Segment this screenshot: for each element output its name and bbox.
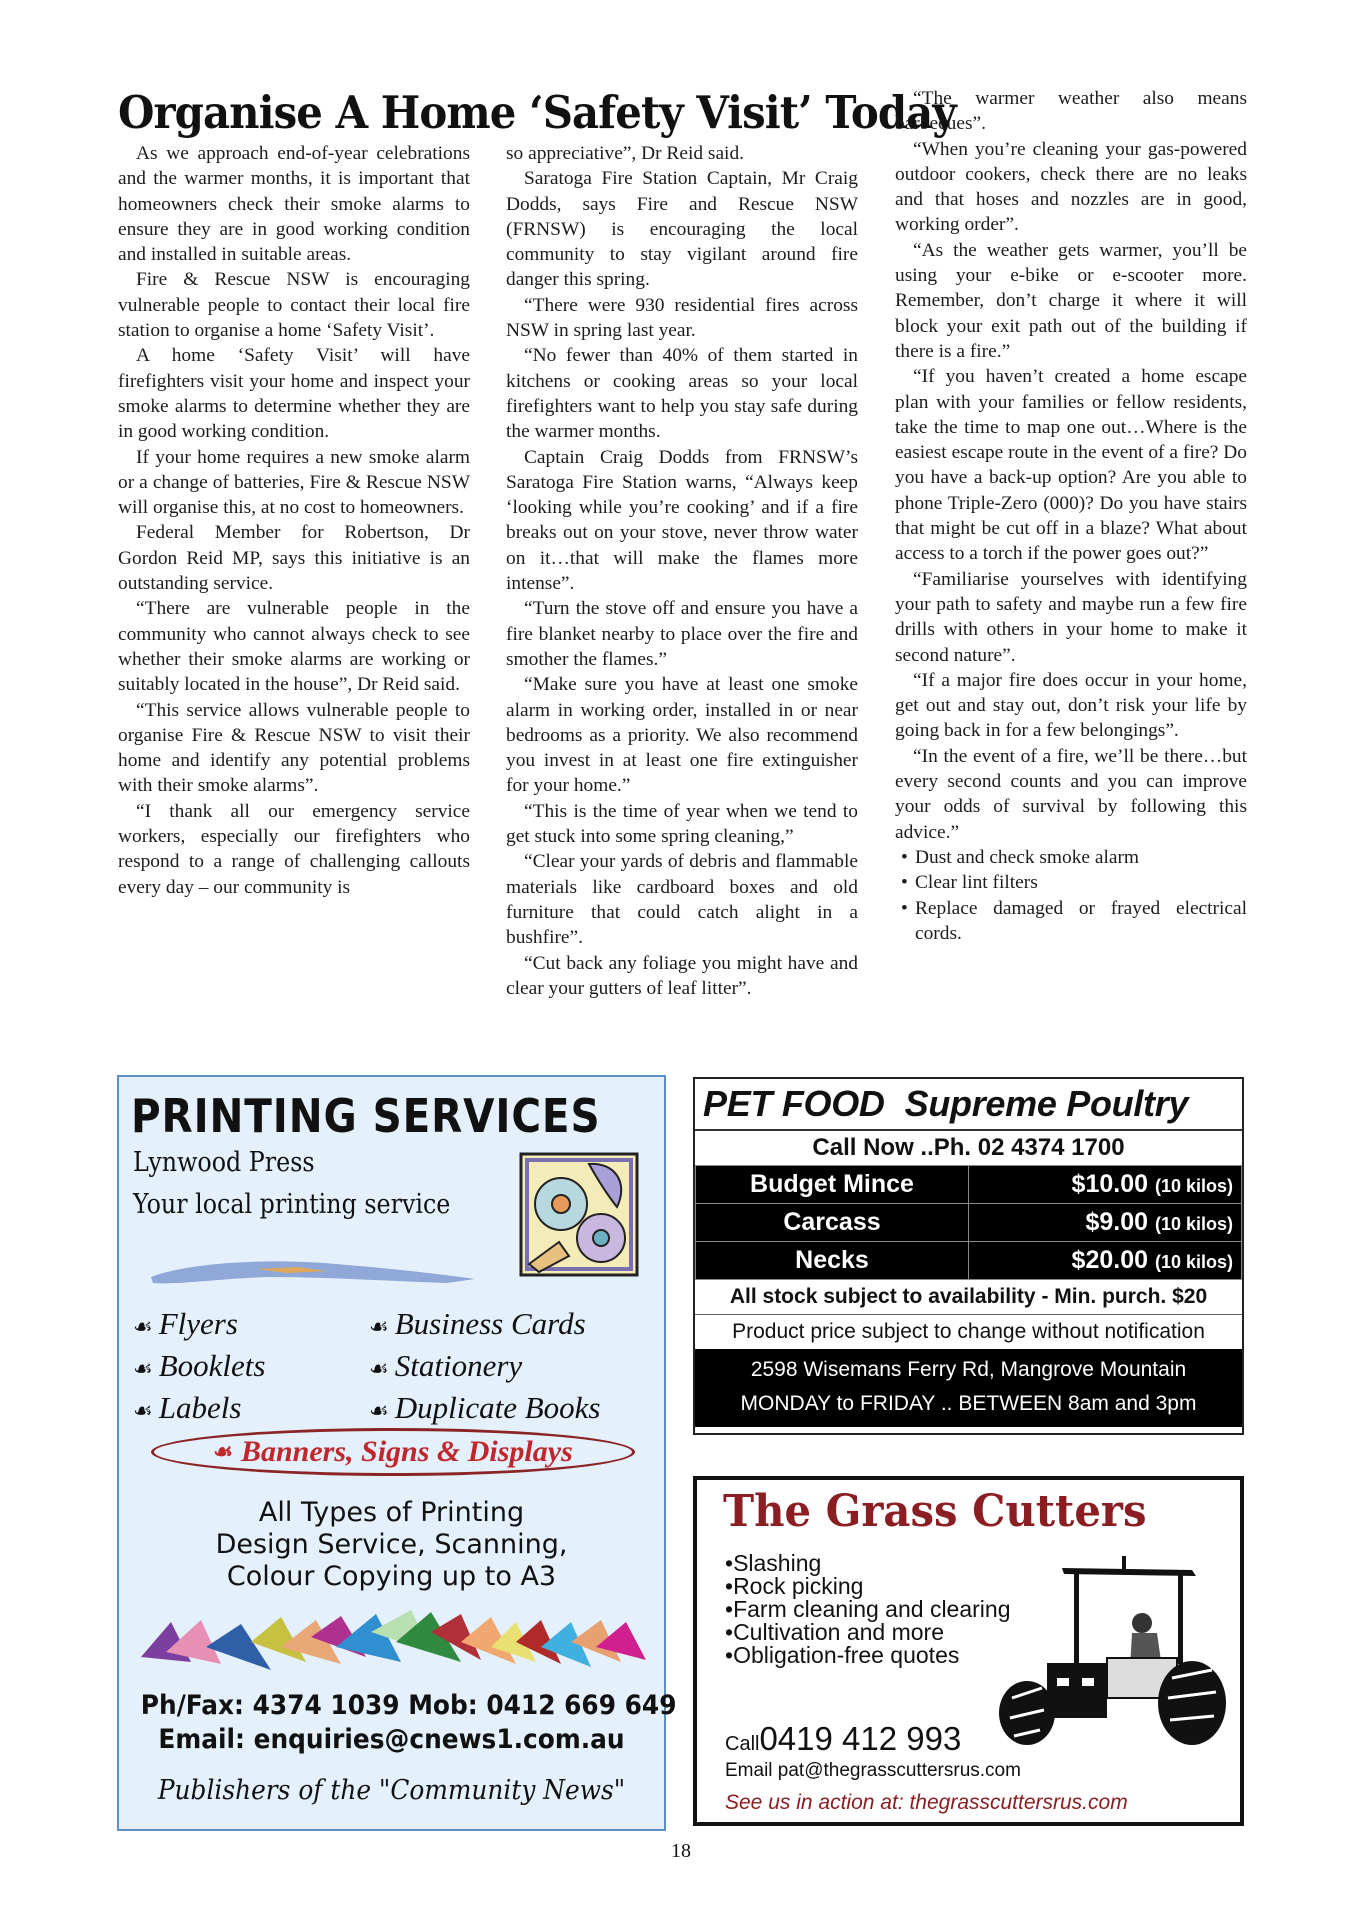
paragraph: Captain Craig Dodds from FRNSW’s Saratog… xyxy=(506,445,858,597)
paragraph: “In the event of a fire, we’ll be there…… xyxy=(895,744,1247,845)
fleuron-icon: ☙ xyxy=(133,1398,153,1423)
paragraph: “I thank all our emergency service worke… xyxy=(118,799,470,900)
service-item: ☙Stationery xyxy=(369,1347,653,1387)
service-item: ☙Flyers xyxy=(133,1305,369,1345)
paragraph: “There were 930 residential fires across… xyxy=(506,293,858,344)
paragraph: Fire & Rescue NSW is encouraging vulnera… xyxy=(118,267,470,343)
article-headline: Organise A Home ‘Safety Visit’ Today xyxy=(118,84,806,142)
list-item: Rock picking xyxy=(725,1575,1011,1598)
service-item: ☙Business Cards xyxy=(369,1305,653,1345)
services-list: ☙Flyers ☙Business Cards ☙Booklets ☙Stati… xyxy=(133,1305,653,1429)
paragraph: “This is the time of year when we tend t… xyxy=(506,799,858,850)
paragraph: As we approach end-of-year celebrations … xyxy=(118,141,470,267)
email-line: Email pat@thegrasscuttersrus.com xyxy=(725,1760,1021,1782)
fleuron-icon: ☙ xyxy=(369,1398,389,1423)
list-item: Slashing xyxy=(725,1552,1011,1575)
list-item: Dust and check smoke alarm xyxy=(895,845,1247,870)
printing-types: All Types of Printing Design Service, Sc… xyxy=(119,1497,664,1593)
fleuron-icon: ☙ xyxy=(369,1356,389,1381)
fleuron-icon: ☙ xyxy=(369,1314,389,1339)
paragraph: If your home requires a new smoke alarm … xyxy=(118,445,470,521)
services-list: Slashing Rock picking Farm cleaning and … xyxy=(725,1552,1011,1667)
tagline: Your local printing service xyxy=(133,1189,450,1220)
tractor-icon xyxy=(992,1548,1230,1748)
paragraph: “Turn the stove off and ensure you have … xyxy=(506,596,858,672)
paragraph: Federal Member for Robertson, Dr Gordon … xyxy=(118,520,470,596)
fleuron-icon: ☙ xyxy=(133,1356,153,1381)
availability-note: All stock subject to availability - Min.… xyxy=(695,1280,1242,1315)
ad-title: PET FOODSupreme Poultry xyxy=(695,1079,1242,1131)
paragraph: A home ‘Safety Visit’ will have firefigh… xyxy=(118,343,470,444)
paragraph: Saratoga Fire Station Captain, Mr Craig … xyxy=(506,166,858,292)
list-item: Replace damaged or frayed electrical cor… xyxy=(895,896,1247,947)
publishers-line: Publishers of the "Community News" xyxy=(141,1775,642,1806)
paragraph: “Cut back any foliage you might have and… xyxy=(506,951,858,1002)
service-item: ☙Labels xyxy=(133,1389,369,1429)
paragraph: “If a major fire does occur in your home… xyxy=(895,668,1247,744)
paragraph: so appreciative”, Dr Reid said. xyxy=(506,141,858,166)
safety-tips-list: Dust and check smoke alarm Clear lint fi… xyxy=(895,845,1247,946)
paragraph: “As the weather gets warmer, you’ll be u… xyxy=(895,238,1247,364)
paragraph: “If you haven’t created a home escape pl… xyxy=(895,364,1247,566)
article-column-1: As we approach end-of-year celebrations … xyxy=(118,141,470,900)
brush-stroke-icon xyxy=(147,1255,477,1287)
ad-title: The Grass Cutters xyxy=(723,1486,1198,1537)
colour-feathers-icon xyxy=(131,1602,651,1677)
business-name: Lynwood Press xyxy=(133,1147,315,1178)
call-line: Call Now ..Ph. 02 4374 1700 xyxy=(695,1131,1242,1165)
email-line: Email: enquiries@cnews1.com.au xyxy=(141,1723,642,1757)
paragraph: “The warmer weather also means barbecues… xyxy=(895,86,1247,137)
price-table: Budget Mince $10.00 (10 kilos) Carcass $… xyxy=(695,1165,1242,1280)
fleuron-icon: ☙ xyxy=(213,1439,233,1465)
table-row: Budget Mince $10.00 (10 kilos) xyxy=(696,1166,1242,1204)
service-item: ☙Duplicate Books xyxy=(369,1389,653,1429)
website-line: See us in action at: thegrasscuttersrus.… xyxy=(725,1791,1128,1815)
article-column-2: so appreciative”, Dr Reid said. Saratoga… xyxy=(506,141,858,1001)
service-item: ☙Booklets xyxy=(133,1347,369,1387)
list-item: Clear lint filters xyxy=(895,870,1247,895)
ad-title: PRINTING SERVICES xyxy=(131,1089,593,1143)
pet-food-ad: PET FOODSupreme Poultry Call Now ..Ph. 0… xyxy=(693,1077,1244,1435)
banners-signs-displays-badge: ☙ Banners, Signs & Displays xyxy=(151,1428,635,1476)
paragraph: “When you’re cleaning your gas-powered o… xyxy=(895,137,1247,238)
list-item: Obligation-free quotes xyxy=(725,1644,1011,1667)
paragraph: “There are vulnerable people in the comm… xyxy=(118,596,470,697)
paragraph: “Familiarise yourselves with identifying… xyxy=(895,567,1247,668)
address-block: 2598 Wisemans Ferry Rd, Mangrove Mountai… xyxy=(695,1349,1242,1427)
printing-services-ad: PRINTING SERVICES Lynwood Press Your loc… xyxy=(117,1075,666,1831)
list-item: Farm cleaning and clearing xyxy=(725,1598,1011,1621)
price-change-note: Product price subject to change without … xyxy=(695,1315,1242,1349)
paragraph: “Make sure you have at least one smoke a… xyxy=(506,672,858,798)
contact-details: Ph/Fax: 4374 1039 Mob: 0412 669 649 Emai… xyxy=(141,1689,642,1757)
list-item: Cultivation and more xyxy=(725,1621,1011,1644)
paragraph: “Clear your yards of debris and flammabl… xyxy=(506,849,858,950)
grass-cutters-ad: The Grass Cutters Slashing Rock picking … xyxy=(693,1476,1244,1826)
article-column-3: “The warmer weather also means barbecues… xyxy=(895,86,1247,946)
table-row: Necks $20.00 (10 kilos) xyxy=(696,1242,1242,1280)
paragraph: “This service allows vulnerable people t… xyxy=(118,698,470,799)
paragraph: “No fewer than 40% of them started in ki… xyxy=(506,343,858,444)
phone-line: Ph/Fax: 4374 1039 Mob: 0412 669 649 xyxy=(141,1689,642,1723)
table-row: Carcass $9.00 (10 kilos) xyxy=(696,1204,1242,1242)
printing-press-art-icon xyxy=(519,1152,639,1277)
page-number: 18 xyxy=(668,1840,694,1863)
fleuron-icon: ☙ xyxy=(133,1314,153,1339)
phone-line: Call0419 412 993 xyxy=(725,1720,961,1758)
